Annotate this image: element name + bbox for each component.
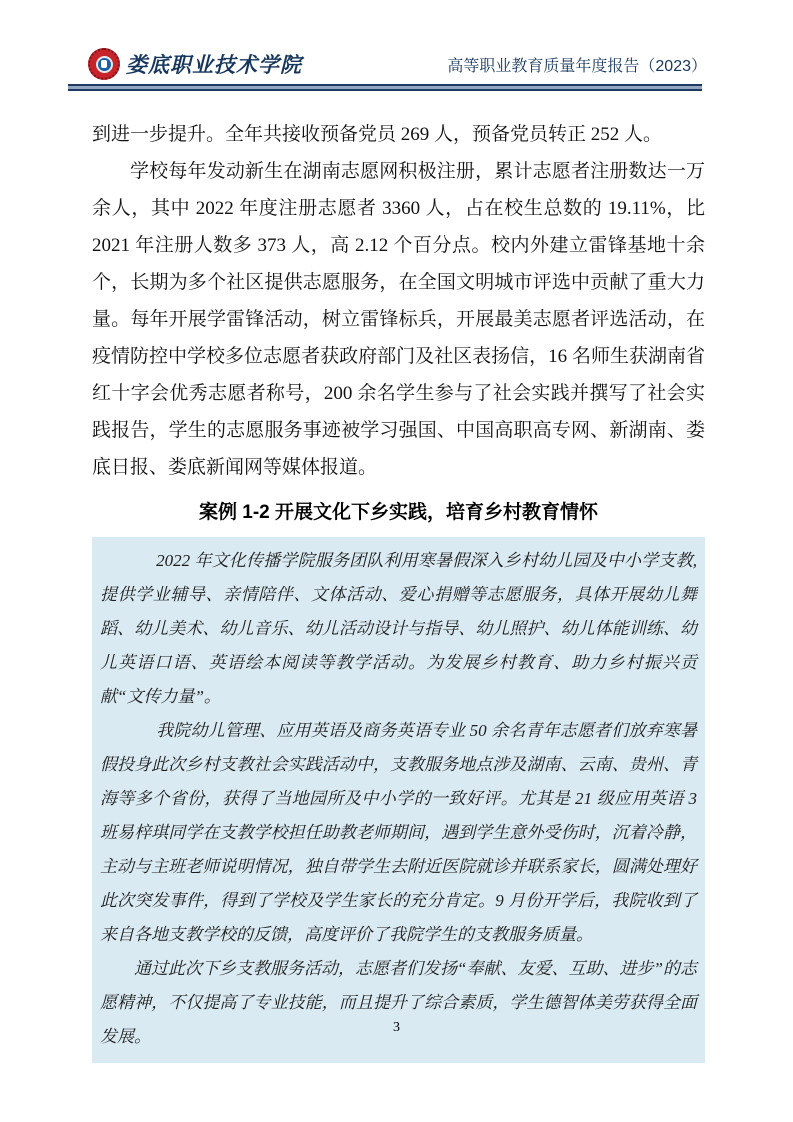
report-title: 高等职业教育质量年度报告（2023） — [447, 53, 707, 76]
college-logo-inner-circle — [96, 56, 113, 73]
college-logo-emblem — [101, 60, 107, 68]
case-study-paragraph: 2022 年文化传播学院服务团队利用寒暑假深入乡村幼儿园及中小学支教,提供学业辅… — [100, 544, 697, 714]
body-paragraph: 学校每年发动新生在湖南志愿网积极注册，累计志愿者注册数达一万余人，其中 2022… — [92, 153, 705, 486]
college-name: 娄底职业技术学院 — [126, 49, 302, 79]
case-study-paragraph: 我院幼儿管理、应用英语及商务英语专业 50 余名青年志愿者们放弃寒暑假投身此次乡… — [100, 714, 697, 952]
case-study-box: 2022 年文化传播学院服务团队利用寒暑假深入乡村幼儿园及中小学支教,提供学业辅… — [92, 537, 705, 1063]
page-number: 3 — [0, 1020, 793, 1036]
college-brand: 娄底职业技术学院 — [88, 48, 302, 80]
page-content: 到进一步提升。全年共接收预备党员 269 人，预备党员转正 252 人。 学校每… — [92, 116, 705, 1063]
body-paragraph: 到进一步提升。全年共接收预备党员 269 人，预备党员转正 252 人。 — [92, 116, 705, 153]
college-logo-icon — [88, 48, 120, 80]
case-study-heading: 案例 1-2 开展文化下乡实践，培育乡村教育情怀 — [92, 499, 705, 527]
case-study-paragraph: 通过此次下乡支教服务活动，志愿者们发扬“奉献、友爱、互助、进步”的志愿精神，不仅… — [100, 952, 697, 1054]
header-divider-rule — [68, 84, 702, 91]
page-header: 娄底职业技术学院 高等职业教育质量年度报告（2023） — [88, 48, 707, 80]
document-page: 娄底职业技术学院 高等职业教育质量年度报告（2023） 到进一步提升。全年共接收… — [0, 0, 793, 1122]
